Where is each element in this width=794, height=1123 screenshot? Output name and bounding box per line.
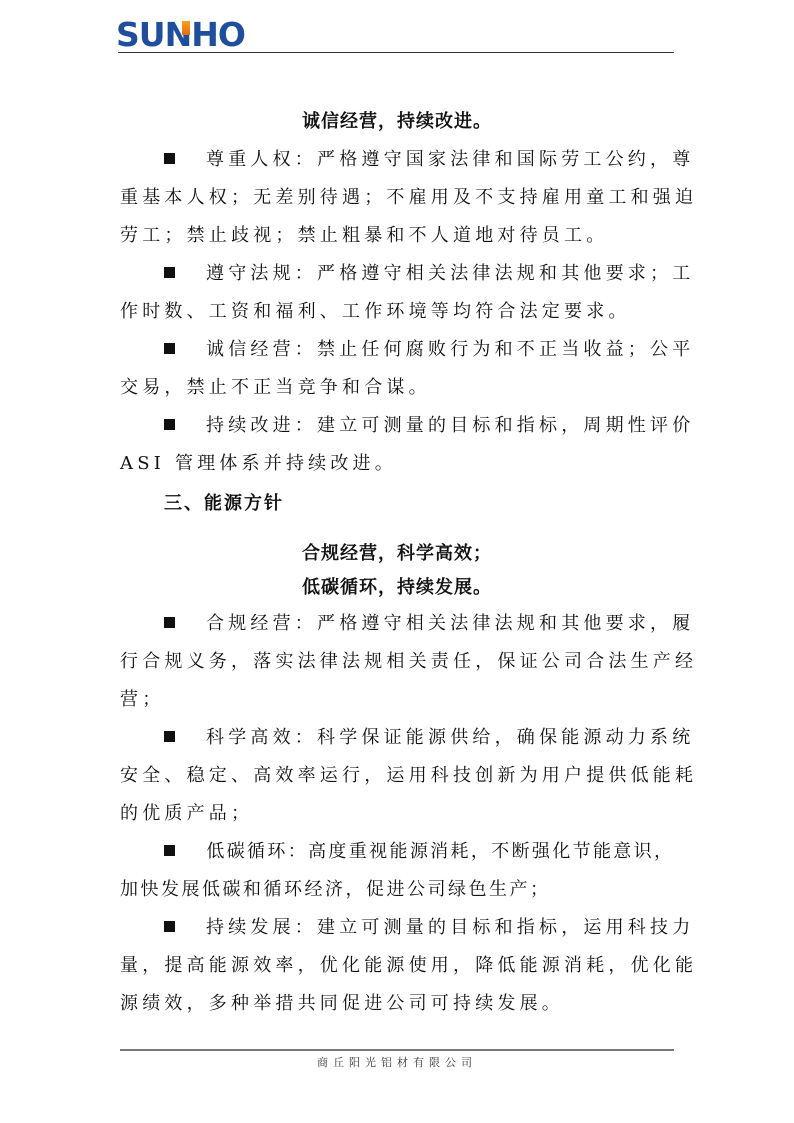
energy-item-compliance: 合规经营：严格遵守相关法律法规和其他要求，履 行合规义务，落实法律法规相关责任，… <box>120 605 674 719</box>
paragraph-line: 低碳循环：高度重视能源消耗，不断强化节能意识， <box>206 841 674 862</box>
paragraph-line: 的优质产品； <box>120 795 674 833</box>
paragraph-line: 行合规义务，落实法律法规相关责任，保证公司合法生产经 <box>120 643 674 681</box>
logo-text-n: N <box>165 18 192 52</box>
ethics-slogan: 诚信经营，持续改进。 <box>120 103 674 141</box>
bullet-square-icon <box>164 419 175 430</box>
paragraph-line: 营； <box>120 681 674 719</box>
ethics-item-integrity: 诚信经营：禁止任何腐败行为和不正当收益；公平 交易，禁止不正当竞争和合谋。 <box>120 331 674 407</box>
bullet-square-icon <box>164 921 175 932</box>
paragraph-line: 遵守法规：严格遵守相关法律法规和其他要求；工 <box>206 263 694 284</box>
paragraph-line: 诚信经营：禁止任何腐败行为和不正当收益；公平 <box>206 339 694 360</box>
paragraph-line: 尊重人权：严格遵守国家法律和国际劳工公约，尊 <box>206 149 694 170</box>
bullet-square-icon <box>164 731 175 742</box>
company-logo: SUNHO <box>116 18 245 52</box>
ethics-item-compliance: 遵守法规：严格遵守相关法律法规和其他要求；工 作时数、工资和福利、工作环境等均符… <box>120 255 674 331</box>
paragraph-line: 量，提高能源效率，优化能源使用，降低能源消耗，优化能 <box>120 947 674 985</box>
energy-item-efficiency: 科学高效：科学保证能源供给，确保能源动力系统 安全、稳定、高效率运行，运用科技创… <box>120 719 674 833</box>
energy-slogan-2: 低碳循环，持续发展。 <box>120 571 674 605</box>
bullet-square-icon <box>164 267 175 278</box>
paragraph-line: 科学高效：科学保证能源供给，确保能源动力系统 <box>206 727 694 748</box>
bullet-square-icon <box>164 343 175 354</box>
bullet-square-icon <box>164 617 175 628</box>
footer-company-name: 商丘阳光铝材有限公司 <box>120 1054 674 1070</box>
paragraph-line: 重基本人权；无差别待遇；不雇用及不支持雇用童工和强迫 <box>120 179 674 217</box>
logo-text-ho: HO <box>191 18 245 52</box>
paragraph-line: 作时数、工资和福利、工作环境等均符合法定要求。 <box>120 293 674 331</box>
bullet-square-icon <box>164 845 175 856</box>
energy-policy-heading: 三、能源方针 <box>120 485 674 523</box>
paragraph-line: 持续发展：建立可测量的目标和指标，运用科技力 <box>206 917 694 938</box>
paragraph-line: 交易，禁止不正当竞争和合谋。 <box>120 369 674 407</box>
ethics-item-human-rights: 尊重人权：严格遵守国家法律和国际劳工公约，尊 重基本人权；无差别待遇；不雇用及不… <box>120 141 674 255</box>
paragraph-line: 合规经营：严格遵守相关法律法规和其他要求，履 <box>206 613 694 634</box>
logo-text-su: SU <box>116 18 165 52</box>
paragraph-line: 安全、稳定、高效率运行，运用科技创新为用户提供低能耗 <box>120 757 674 795</box>
paragraph-line: 源绩效，多种举措共同促进公司可持续发展。 <box>120 985 674 1023</box>
paragraph-line: 劳工；禁止歧视；禁止粗暴和不人道地对待员工。 <box>120 217 674 255</box>
energy-item-sustainable: 持续发展：建立可测量的目标和指标，运用科技力 量，提高能源效率，优化能源使用，降… <box>120 909 674 1023</box>
energy-slogan-1: 合规经营，科学高效； <box>120 537 674 571</box>
paragraph-line: 加快发展低碳和循环经济，促进公司绿色生产； <box>120 871 674 909</box>
paragraph-line: 持续改进：建立可测量的目标和指标，周期性评价 <box>206 415 694 436</box>
energy-item-low-carbon: 低碳循环：高度重视能源消耗，不断强化节能意识， 加快发展低碳和循环经济，促进公司… <box>120 833 674 909</box>
document-body: 诚信经营，持续改进。 尊重人权：严格遵守国家法律和国际劳工公约，尊 重基本人权；… <box>120 103 674 1023</box>
header-divider <box>118 52 674 53</box>
footer-divider <box>120 1049 674 1051</box>
ethics-item-improvement: 持续改进：建立可测量的目标和指标，周期性评价 ASI 管理体系并持续改进。 <box>120 407 674 483</box>
bullet-square-icon <box>164 153 175 164</box>
paragraph-line: ASI 管理体系并持续改进。 <box>120 445 674 483</box>
